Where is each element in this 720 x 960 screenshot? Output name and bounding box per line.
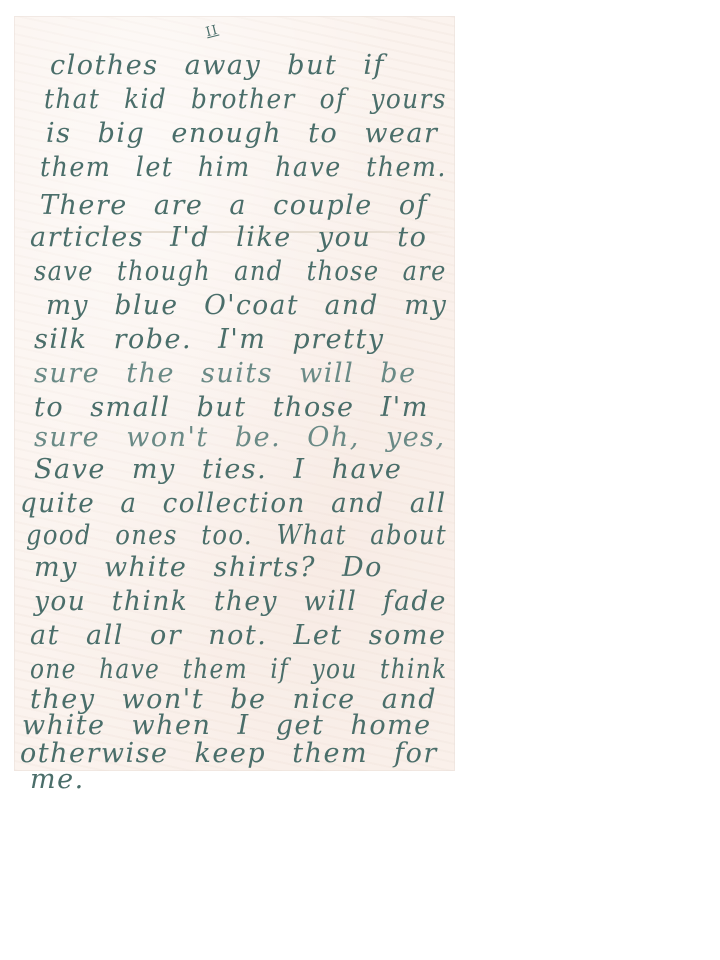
- text-line: my white shirts? Do: [34, 552, 383, 583]
- text-line: Save my ties. I have: [34, 454, 402, 485]
- text-line: quite a collection and all: [20, 488, 446, 519]
- text-line: them let him have them.: [40, 152, 447, 183]
- text-line: good ones too. What about: [26, 520, 447, 551]
- text-line: silk robe. I'm pretty: [34, 324, 385, 355]
- text-line: that kid brother of yours: [44, 84, 447, 115]
- text-line: save though and those are: [34, 256, 447, 287]
- text-line: one have them if you think: [30, 654, 447, 685]
- text-line: There are a couple of: [40, 190, 428, 221]
- text-line: to small but those I'm: [34, 392, 429, 423]
- letter-page: II clothes away but if that kid brother …: [14, 16, 455, 771]
- text-line: clothes away but if: [50, 50, 385, 81]
- text-line: at all or not. Let some: [30, 620, 446, 651]
- text-line: my blue O'coat and my: [46, 290, 447, 321]
- text-line: white when I get home: [22, 710, 432, 741]
- page-number: II: [204, 23, 220, 41]
- text-line: is big enough to wear: [46, 118, 438, 149]
- text-line: articles I'd like you to: [30, 222, 427, 253]
- text-line: me.: [30, 764, 85, 795]
- text-line: you think they will fade: [34, 586, 447, 617]
- text-line: sure the suits will be: [34, 358, 417, 389]
- text-line: sure won't be. Oh, yes,: [34, 422, 446, 453]
